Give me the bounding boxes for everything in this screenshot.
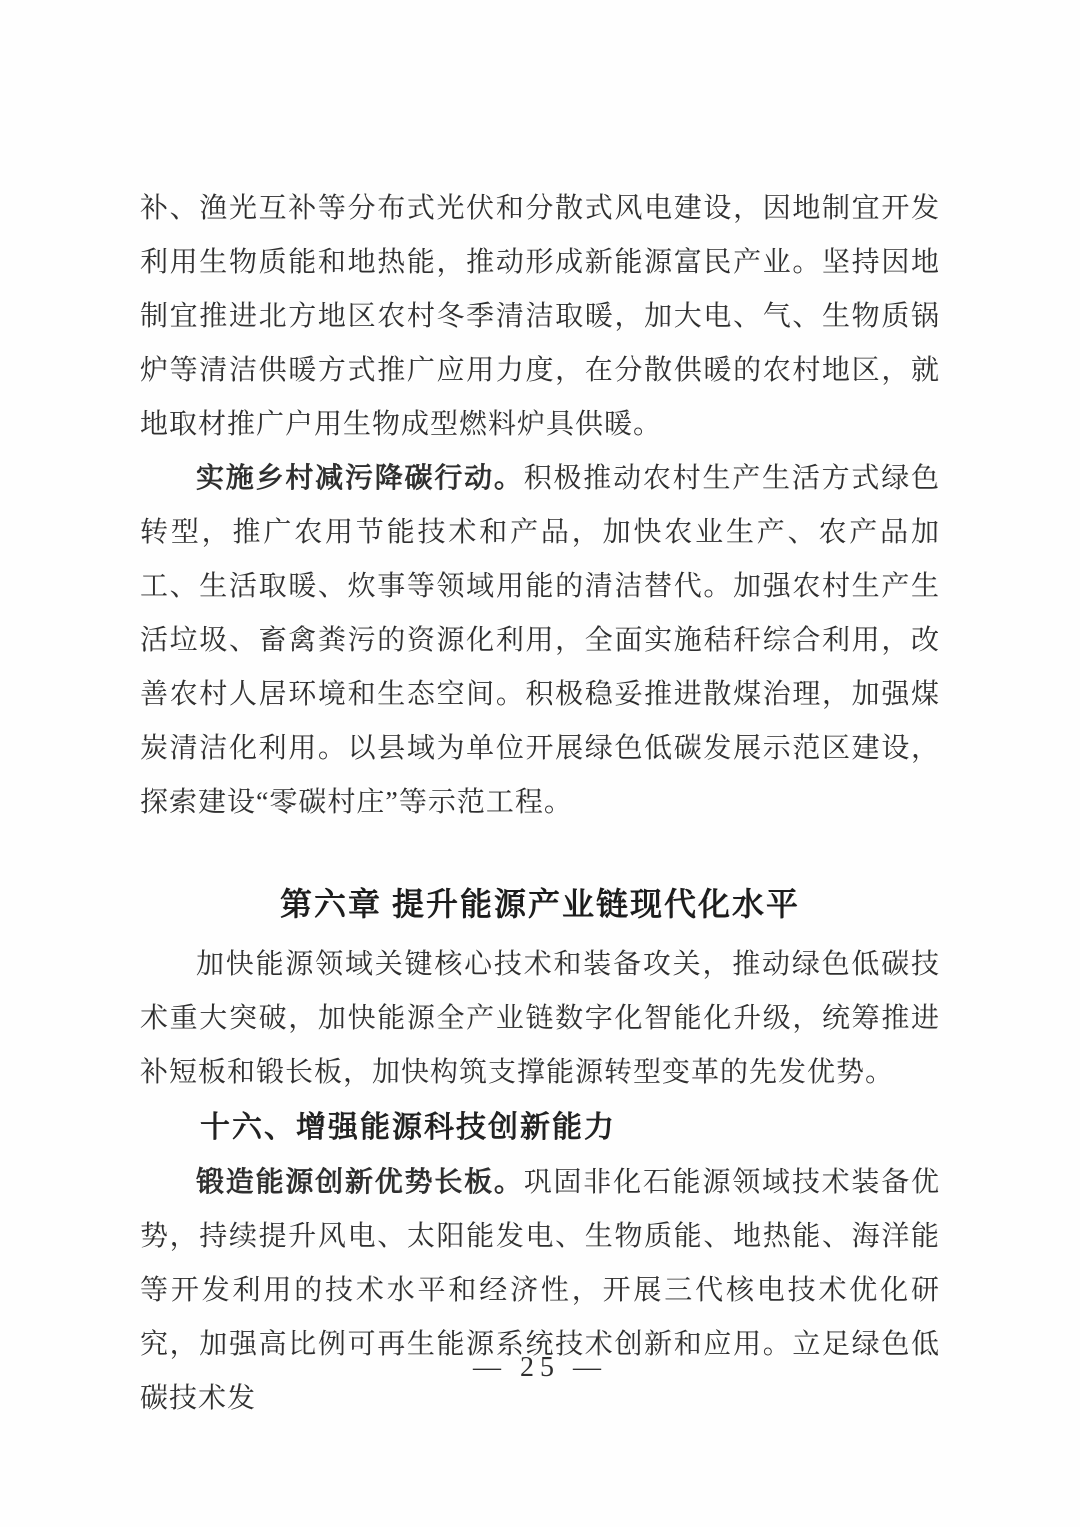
paragraph-body-text: 积极推动农村生产生活方式绿色转型，推广农用节能技术和产品，加快农业生产、农产品加… — [140, 463, 940, 818]
paragraph-chapter-intro: 加快能源领域关键核心技术和装备攻关，推动绿色低碳技术重大突破，加快能源全产业链数… — [140, 938, 940, 1100]
paragraph-lead-sentence: 锻造能源创新优势长板。 — [196, 1167, 524, 1198]
paragraph-continuation: 补、渔光互补等分布式光伏和分散式风电建设，因地制宜开发利用生物质能和地热能，推动… — [140, 182, 940, 452]
paragraph-innovation: 锻造能源创新优势长板。巩固非化石能源领域技术装备优势，持续提升风电、太阳能发电、… — [140, 1156, 940, 1426]
paragraph-lead-sentence: 实施乡村减污降碳行动。 — [196, 463, 524, 494]
document-page: 补、渔光互补等分布式光伏和分散式风电建设，因地制宜开发利用生物质能和地热能，推动… — [0, 0, 1080, 1527]
page-content: 补、渔光互补等分布式光伏和分散式风电建设，因地制宜开发利用生物质能和地热能，推动… — [140, 182, 940, 1426]
page-number: — 25 — — [0, 1352, 1080, 1384]
paragraph-rural-emission-reduction: 实施乡村减污降碳行动。积极推动农村生产生活方式绿色转型，推广农用节能技术和产品，… — [140, 452, 940, 830]
chapter-heading: 第六章 提升能源产业链现代化水平 — [140, 876, 940, 932]
section-heading: 十六、增强能源科技创新能力 — [140, 1100, 940, 1156]
